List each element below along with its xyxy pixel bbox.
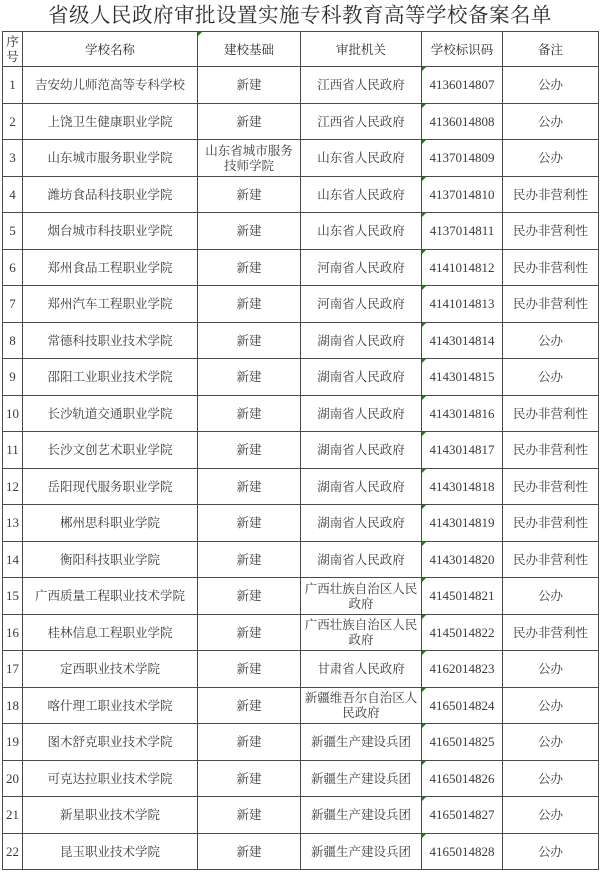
- cell-remarks: 公办: [503, 140, 599, 177]
- cell-remarks: 公办: [503, 760, 599, 797]
- table-row: 17 定西职业技术学院 新建 甘肃省人民政府 4162014823 公办: [3, 651, 599, 688]
- cell-seq: 12: [3, 468, 23, 505]
- cell-seq: 21: [3, 797, 23, 834]
- header-seq: 序号: [3, 32, 23, 67]
- cell-remarks: 民办非营利性: [503, 395, 599, 432]
- table-row: 8 常德科技职业技术学院 新建 湖南省人民政府 4143014814 公办: [3, 322, 599, 359]
- table-row: 20 可克达拉职业技术学院 新建 新疆生产建设兵团 4165014826 公办: [3, 760, 599, 797]
- cell-seq: 19: [3, 724, 23, 761]
- school-registry-table: 序号 学校名称 建校基础 审批机关 学校标识码 备注 1 吉安幼儿师范高等专科学…: [2, 31, 599, 870]
- header-founding-basis: 建校基础: [198, 32, 301, 67]
- cell-school-name: 喀什理工职业技术学院: [23, 687, 198, 724]
- cell-school-code: 4162014823: [422, 651, 503, 688]
- cell-founding-basis: 新建: [198, 103, 301, 140]
- cell-seq: 18: [3, 687, 23, 724]
- cell-founding-basis: 新建: [198, 395, 301, 432]
- cell-school-code: 4136014807: [422, 67, 503, 104]
- cell-school-code: 4137014811: [422, 213, 503, 250]
- cell-school-code: 4143014819: [422, 505, 503, 542]
- table-row: 10 长沙轨道交通职业学院 新建 湖南省人民政府 4143014816 民办非营…: [3, 395, 599, 432]
- cell-founding-basis: 新建: [198, 468, 301, 505]
- cell-founding-basis: 山东省城市服务技师学院: [198, 140, 301, 177]
- cell-remarks: 公办: [503, 724, 599, 761]
- cell-seq: 16: [3, 614, 23, 651]
- table-row: 5 烟台城市科技职业学院 新建 山东省人民政府 4137014811 民办非营利…: [3, 213, 599, 250]
- cell-school-code: 4165014824: [422, 687, 503, 724]
- cell-seq: 8: [3, 322, 23, 359]
- cell-remarks: 民办非营利性: [503, 213, 599, 250]
- cell-school-code: 4137014809: [422, 140, 503, 177]
- cell-remarks: 民办非营利性: [503, 505, 599, 542]
- cell-remarks: 民办非营利性: [503, 176, 599, 213]
- cell-approval-authority: 山东省人民政府: [301, 140, 422, 177]
- cell-school-name: 吉安幼儿师范高等专科学校: [23, 67, 198, 104]
- document-title: 省级人民政府审批设置实施专科教育高等学校备案名单: [0, 0, 600, 31]
- cell-founding-basis: 新建: [198, 614, 301, 651]
- cell-remarks: 民办非营利性: [503, 432, 599, 469]
- cell-approval-authority: 河南省人民政府: [301, 249, 422, 286]
- cell-founding-basis: 新建: [198, 687, 301, 724]
- cell-school-code: 4143014815: [422, 359, 503, 396]
- table-row: 4 潍坊食品科技职业学院 新建 山东省人民政府 4137014810 民办非营利…: [3, 176, 599, 213]
- table-row: 19 图木舒克职业技术学院 新建 新疆生产建设兵团 4165014825 公办: [3, 724, 599, 761]
- cell-school-name: 衡阳科技职业学院: [23, 541, 198, 578]
- cell-school-name: 定西职业技术学院: [23, 651, 198, 688]
- cell-remarks: 民办非营利性: [503, 541, 599, 578]
- table-row: 6 郑州食品工程职业学院 新建 河南省人民政府 4141014812 民办非营利…: [3, 249, 599, 286]
- cell-school-code: 4136014808: [422, 103, 503, 140]
- cell-approval-authority: 河南省人民政府: [301, 286, 422, 323]
- cell-founding-basis: 新建: [198, 322, 301, 359]
- cell-approval-authority: 广西壮族自治区人民政府: [301, 614, 422, 651]
- table-row: 14 衡阳科技职业学院 新建 湖南省人民政府 4143014820 民办非营利性: [3, 541, 599, 578]
- header-approval-authority: 审批机关: [301, 32, 422, 67]
- cell-school-code: 4165014826: [422, 760, 503, 797]
- cell-school-code: 4143014818: [422, 468, 503, 505]
- table-row: 2 上饶卫生健康职业学院 新建 江西省人民政府 4136014808 公办: [3, 103, 599, 140]
- table-row: 15 广西质量工程职业技术学院 新建 广西壮族自治区人民政府 414501482…: [3, 578, 599, 615]
- cell-approval-authority: 新疆生产建设兵团: [301, 760, 422, 797]
- cell-seq: 20: [3, 760, 23, 797]
- cell-seq: 1: [3, 67, 23, 104]
- table-body: 1 吉安幼儿师范高等专科学校 新建 江西省人民政府 4136014807 公办 …: [3, 67, 599, 870]
- cell-founding-basis: 新建: [198, 176, 301, 213]
- cell-approval-authority: 湖南省人民政府: [301, 468, 422, 505]
- cell-school-name: 山东城市服务职业学院: [23, 140, 198, 177]
- cell-seq: 22: [3, 833, 23, 870]
- cell-school-code: 4141014813: [422, 286, 503, 323]
- cell-founding-basis: 新建: [198, 286, 301, 323]
- cell-school-name: 图木舒克职业技术学院: [23, 724, 198, 761]
- cell-school-name: 烟台城市科技职业学院: [23, 213, 198, 250]
- cell-remarks: 公办: [503, 651, 599, 688]
- cell-founding-basis: 新建: [198, 67, 301, 104]
- cell-remarks: 公办: [503, 322, 599, 359]
- cell-remarks: 公办: [503, 833, 599, 870]
- cell-seq: 3: [3, 140, 23, 177]
- cell-approval-authority: 江西省人民政府: [301, 103, 422, 140]
- cell-founding-basis: 新建: [198, 249, 301, 286]
- cell-remarks: 公办: [503, 578, 599, 615]
- cell-seq: 7: [3, 286, 23, 323]
- cell-seq: 9: [3, 359, 23, 396]
- cell-founding-basis: 新建: [198, 760, 301, 797]
- cell-approval-authority: 新疆生产建设兵团: [301, 833, 422, 870]
- table-row: 9 邵阳工业职业技术学院 新建 湖南省人民政府 4143014815 公办: [3, 359, 599, 396]
- table-row: 11 长沙文创艺术职业学院 新建 湖南省人民政府 4143014817 民办非营…: [3, 432, 599, 469]
- cell-remarks: 公办: [503, 359, 599, 396]
- cell-approval-authority: 山东省人民政府: [301, 213, 422, 250]
- cell-remarks: 公办: [503, 67, 599, 104]
- cell-seq: 15: [3, 578, 23, 615]
- cell-remarks: 公办: [503, 687, 599, 724]
- cell-remarks: 民办非营利性: [503, 249, 599, 286]
- cell-seq: 4: [3, 176, 23, 213]
- table-row: 22 昆玉职业技术学院 新建 新疆生产建设兵团 4165014828 公办: [3, 833, 599, 870]
- cell-approval-authority: 广西壮族自治区人民政府: [301, 578, 422, 615]
- cell-remarks: 公办: [503, 797, 599, 834]
- cell-seq: 6: [3, 249, 23, 286]
- cell-approval-authority: 新疆生产建设兵团: [301, 724, 422, 761]
- cell-remarks: 民办非营利性: [503, 468, 599, 505]
- cell-founding-basis: 新建: [198, 651, 301, 688]
- cell-school-name: 长沙轨道交通职业学院: [23, 395, 198, 432]
- cell-founding-basis: 新建: [198, 359, 301, 396]
- cell-school-name: 广西质量工程职业技术学院: [23, 578, 198, 615]
- table-row: 12 岳阳现代服务职业学院 新建 湖南省人民政府 4143014818 民办非营…: [3, 468, 599, 505]
- cell-school-name: 长沙文创艺术职业学院: [23, 432, 198, 469]
- cell-school-name: 岳阳现代服务职业学院: [23, 468, 198, 505]
- cell-approval-authority: 湖南省人民政府: [301, 395, 422, 432]
- cell-approval-authority: 新疆维吾尔自治区人民政府: [301, 687, 422, 724]
- table-header-row: 序号 学校名称 建校基础 审批机关 学校标识码 备注: [3, 32, 599, 67]
- cell-school-name: 郴州思科职业学院: [23, 505, 198, 542]
- cell-founding-basis: 新建: [198, 213, 301, 250]
- cell-seq: 2: [3, 103, 23, 140]
- cell-school-name: 郑州食品工程职业学院: [23, 249, 198, 286]
- cell-seq: 10: [3, 395, 23, 432]
- cell-remarks: 民办非营利性: [503, 286, 599, 323]
- cell-approval-authority: 甘肃省人民政府: [301, 651, 422, 688]
- cell-school-code: 4165014828: [422, 833, 503, 870]
- cell-school-name: 常德科技职业技术学院: [23, 322, 198, 359]
- cell-school-name: 可克达拉职业技术学院: [23, 760, 198, 797]
- cell-school-code: 4137014810: [422, 176, 503, 213]
- cell-school-code: 4145014821: [422, 578, 503, 615]
- cell-founding-basis: 新建: [198, 541, 301, 578]
- cell-school-name: 郑州汽车工程职业学院: [23, 286, 198, 323]
- cell-school-code: 4143014820: [422, 541, 503, 578]
- cell-approval-authority: 湖南省人民政府: [301, 541, 422, 578]
- cell-school-code: 4143014817: [422, 432, 503, 469]
- cell-seq: 5: [3, 213, 23, 250]
- cell-school-name: 新星职业技术学院: [23, 797, 198, 834]
- table-row: 16 桂林信息工程职业学院 新建 广西壮族自治区人民政府 4145014822 …: [3, 614, 599, 651]
- cell-seq: 17: [3, 651, 23, 688]
- cell-founding-basis: 新建: [198, 578, 301, 615]
- cell-remarks: 民办非营利性: [503, 614, 599, 651]
- cell-school-code: 4145014822: [422, 614, 503, 651]
- cell-remarks: 公办: [503, 103, 599, 140]
- cell-seq: 14: [3, 541, 23, 578]
- cell-approval-authority: 湖南省人民政府: [301, 432, 422, 469]
- header-school-code: 学校标识码: [422, 32, 503, 67]
- cell-founding-basis: 新建: [198, 833, 301, 870]
- cell-founding-basis: 新建: [198, 797, 301, 834]
- cell-approval-authority: 湖南省人民政府: [301, 359, 422, 396]
- header-school-name: 学校名称: [23, 32, 198, 67]
- cell-approval-authority: 江西省人民政府: [301, 67, 422, 104]
- cell-school-code: 4143014814: [422, 322, 503, 359]
- cell-founding-basis: 新建: [198, 505, 301, 542]
- cell-approval-authority: 新疆生产建设兵团: [301, 797, 422, 834]
- cell-school-name: 上饶卫生健康职业学院: [23, 103, 198, 140]
- table-row: 13 郴州思科职业学院 新建 湖南省人民政府 4143014819 民办非营利性: [3, 505, 599, 542]
- cell-approval-authority: 湖南省人民政府: [301, 505, 422, 542]
- cell-approval-authority: 山东省人民政府: [301, 176, 422, 213]
- cell-school-name: 潍坊食品科技职业学院: [23, 176, 198, 213]
- cell-school-name: 昆玉职业技术学院: [23, 833, 198, 870]
- cell-seq: 11: [3, 432, 23, 469]
- cell-seq: 13: [3, 505, 23, 542]
- header-remarks: 备注: [503, 32, 599, 67]
- cell-approval-authority: 湖南省人民政府: [301, 322, 422, 359]
- table-row: 7 郑州汽车工程职业学院 新建 河南省人民政府 4141014813 民办非营利…: [3, 286, 599, 323]
- table-row: 18 喀什理工职业技术学院 新建 新疆维吾尔自治区人民政府 4165014824…: [3, 687, 599, 724]
- cell-founding-basis: 新建: [198, 432, 301, 469]
- cell-school-code: 4143014816: [422, 395, 503, 432]
- cell-founding-basis: 新建: [198, 724, 301, 761]
- cell-school-name: 邵阳工业职业技术学院: [23, 359, 198, 396]
- table-row: 21 新星职业技术学院 新建 新疆生产建设兵团 4165014827 公办: [3, 797, 599, 834]
- table-row: 1 吉安幼儿师范高等专科学校 新建 江西省人民政府 4136014807 公办: [3, 67, 599, 104]
- cell-school-name: 桂林信息工程职业学院: [23, 614, 198, 651]
- cell-school-code: 4165014827: [422, 797, 503, 834]
- cell-school-code: 4165014825: [422, 724, 503, 761]
- table-row: 3 山东城市服务职业学院 山东省城市服务技师学院 山东省人民政府 4137014…: [3, 140, 599, 177]
- cell-school-code: 4141014812: [422, 249, 503, 286]
